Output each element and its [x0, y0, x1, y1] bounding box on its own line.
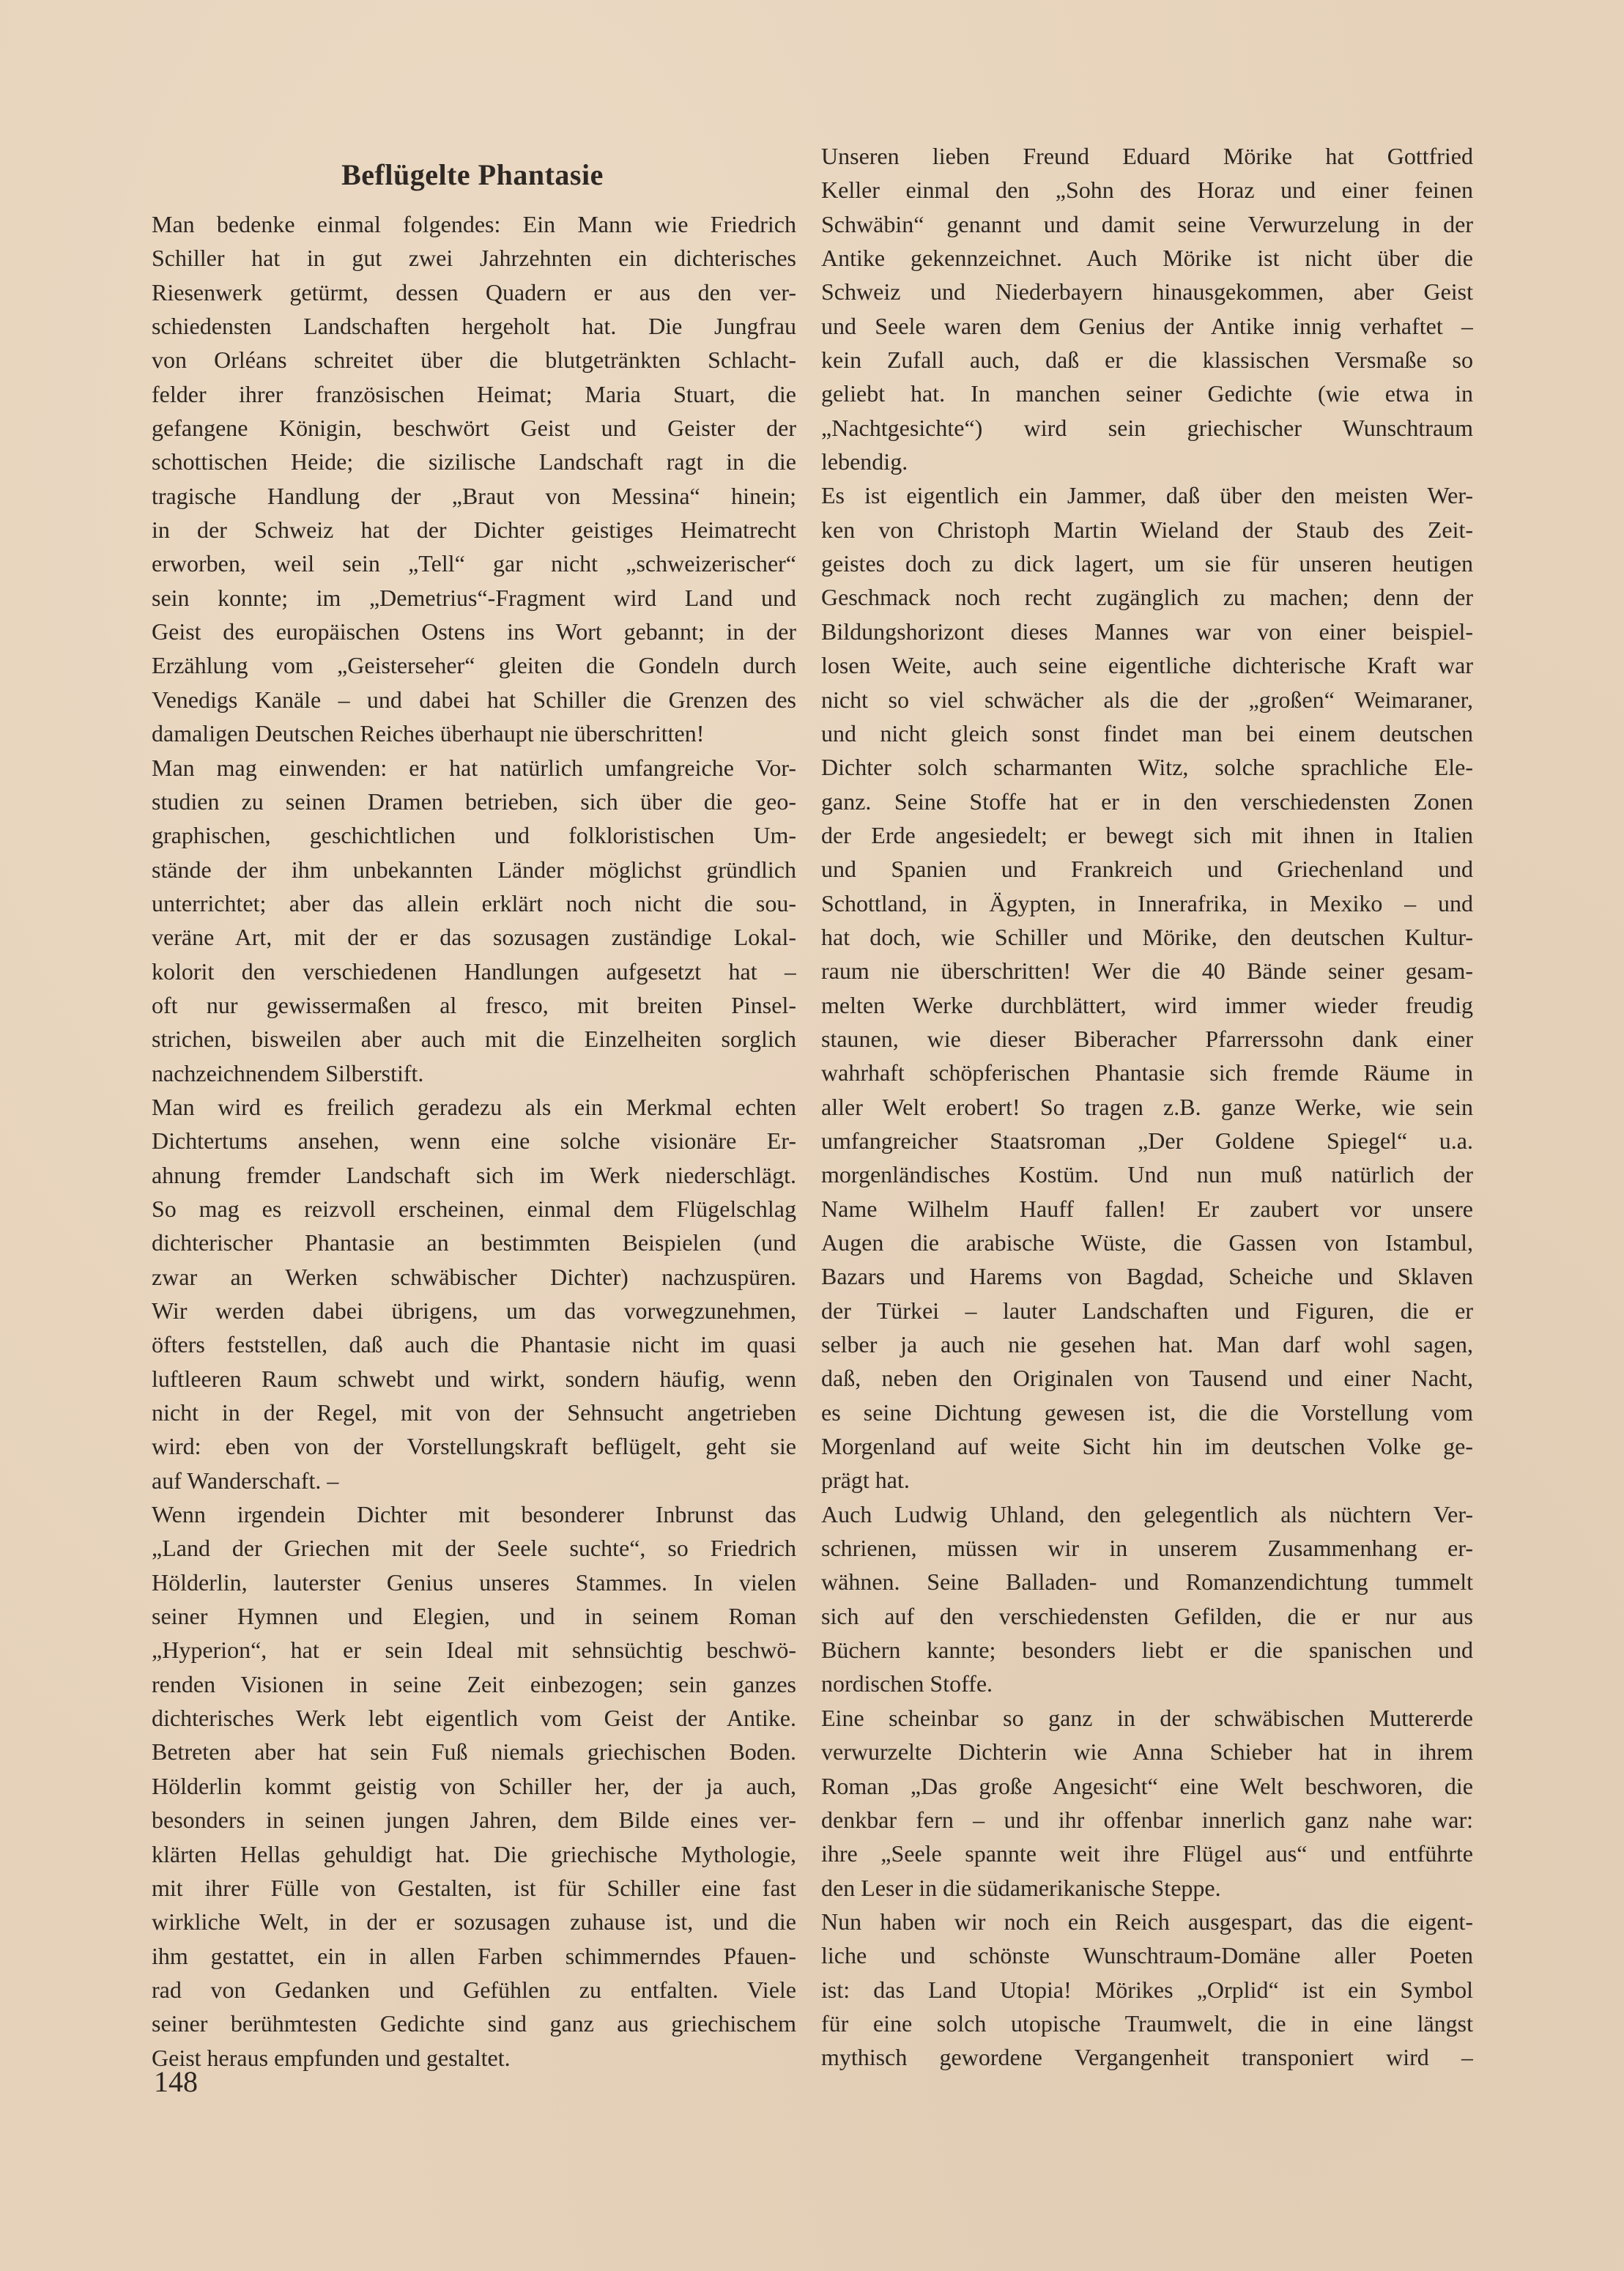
text-line: renden Visionen in seine Zeit einbezogen…	[152, 1667, 796, 1701]
text-line: damaligen Deutschen Reiches überhaupt ni…	[152, 716, 796, 750]
text-line: lebendig.	[821, 445, 1473, 478]
text-line: für eine solch utopische Traumwelt, die …	[821, 2007, 1473, 2040]
text-line: Antike gekennzeichnet. Auch Mörike ist n…	[821, 241, 1473, 275]
text-line: zwar an Werken schwäbischer Dichter) nac…	[152, 1260, 796, 1294]
text-line: Name Wilhelm Hauff fallen! Er zaubert vo…	[821, 1192, 1473, 1226]
text-line: staunen, wie dieser Biberacher Pfarrerss…	[821, 1022, 1473, 1056]
text-line: kein Zufall auch, daß er die klassischen…	[821, 343, 1473, 377]
text-line: Hölderlin kommt geistig von Schiller her…	[152, 1769, 796, 1803]
text-line: Betreten aber hat sein Fuß niemals griec…	[152, 1735, 796, 1768]
text-line: Venedigs Kanäle – und dabei hat Schiller…	[152, 683, 796, 716]
text-line: dichterisches Werk lebt eigentlich vom G…	[152, 1701, 796, 1735]
text-line: auf Wanderschaft. –	[152, 1464, 796, 1497]
text-line: luftleeren Raum schwebt und wirkt, sonde…	[152, 1362, 796, 1396]
text-line: losen Weite, auch seine eigentliche dich…	[821, 648, 1473, 682]
text-line: umfangreicher Staatsroman „Der Goldene S…	[821, 1124, 1473, 1157]
text-line: gefangene Königin, beschwört Geist und G…	[152, 411, 796, 445]
text-line: unterrichtet; aber das allein erklärt no…	[152, 886, 796, 920]
text-line: seiner Hymnen und Elegien, und in seinem…	[152, 1599, 796, 1633]
text-line: wird: eben von der Vorstellungskraft bef…	[152, 1429, 796, 1463]
text-line: graphischen, geschichtlichen und folklor…	[152, 818, 796, 852]
text-line: Auch Ludwig Uhland, den gelegentlich als…	[821, 1497, 1473, 1531]
text-line: dichterischer Phantasie an bestimmten Be…	[152, 1226, 796, 1259]
text-line: Morgenland auf weite Sicht hin im deutsc…	[821, 1429, 1473, 1463]
text-line: und Seele waren dem Genius der Antike in…	[821, 309, 1473, 343]
text-line: Keller einmal den „Sohn des Horaz und ei…	[821, 173, 1473, 207]
text-line: seiner berühmtesten Gedichte sind ganz a…	[152, 2007, 796, 2040]
text-line: nicht in der Regel, mit von der Sehnsuch…	[152, 1396, 796, 1429]
text-line: Bazars und Harems von Bagdad, Scheiche u…	[821, 1259, 1473, 1293]
text-line: nicht so viel schwächer als die der „gro…	[821, 683, 1473, 716]
text-line: der Erde angesiedelt; er bewegt sich mit…	[821, 818, 1473, 852]
text-line: Schwäbin“ genannt und damit seine Verwur…	[821, 207, 1473, 241]
text-line: Schweiz und Niederbayern hinausgekommen,…	[821, 275, 1473, 308]
text-line: wähnen. Seine Balladen- und Romanzendich…	[821, 1565, 1473, 1598]
text-line: veräne Art, mit der er das sozusagen zus…	[152, 920, 796, 954]
left-text-column: Man bedenke einmal folgendes: Ein Mann w…	[152, 207, 796, 2075]
text-line: ihre „Seele spannte weit ihre Flügel aus…	[821, 1837, 1473, 1870]
text-line: Dichter solch scharmanten Witz, solche s…	[821, 750, 1473, 784]
text-line: in der Schweiz hat der Dichter geistiges…	[152, 513, 796, 547]
text-line: schrienen, müssen wir in unserem Zusamme…	[821, 1531, 1473, 1565]
text-line: daß, neben den Originalen von Tausend un…	[821, 1361, 1473, 1395]
text-line: und nicht gleich sonst findet man bei ei…	[821, 716, 1473, 750]
text-line: liche und schönste Wunschtraum-Domäne al…	[821, 1938, 1473, 1972]
text-line: „Nachtgesichte“) wird sein griechischer …	[821, 411, 1473, 445]
text-line: ken von Christoph Martin Wieland der Sta…	[821, 513, 1473, 547]
text-line: Man mag einwenden: er hat natürlich umfa…	[152, 751, 796, 785]
text-line: Geist des europäischen Ostens ins Wort g…	[152, 615, 796, 648]
text-line: Man bedenke einmal folgendes: Ein Mann w…	[152, 207, 796, 241]
text-line: und Spanien und Frankreich und Griechenl…	[821, 852, 1473, 886]
text-line: denkbar fern – und ihr offenbar innerlic…	[821, 1803, 1473, 1837]
text-line: Nun haben wir noch ein Reich ausgespart,…	[821, 1905, 1473, 1938]
text-line: raum nie überschritten! Wer die 40 Bände…	[821, 954, 1473, 988]
text-line: es seine Dichtung gewesen ist, die die V…	[821, 1396, 1473, 1429]
text-line: von Orléans schreitet über die blutgeträ…	[152, 343, 796, 377]
text-line: Hölderlin, lauterster Genius unseres Sta…	[152, 1566, 796, 1599]
text-line: ahnung fremder Landschaft sich im Werk n…	[152, 1158, 796, 1192]
text-line: Roman „Das große Angesicht“ eine Welt be…	[821, 1769, 1473, 1803]
text-line: Schiller hat in gut zwei Jahrzehnten ein…	[152, 241, 796, 275]
text-line: selber ja auch nie gesehen hat. Man darf…	[821, 1327, 1473, 1361]
text-line: Wenn irgendein Dichter mit besonderer In…	[152, 1497, 796, 1531]
text-line: nachzeichnendem Silberstift.	[152, 1056, 796, 1090]
text-line: der Türkei – lauter Landschaften und Fig…	[821, 1294, 1473, 1327]
text-line: Erzählung vom „Geisterseher“ gleiten die…	[152, 648, 796, 682]
text-line: Wir werden dabei übrigens, um das vorweg…	[152, 1294, 796, 1327]
text-line: sich auf den verschiedensten Gefilden, d…	[821, 1599, 1473, 1633]
text-line: schottischen Heide; die sizilische Lands…	[152, 445, 796, 478]
text-line: Dichtertums ansehen, wenn eine solche vi…	[152, 1124, 796, 1157]
text-line: mythisch gewordene Vergangenheit transpo…	[821, 2040, 1473, 2074]
text-line: Geschmack noch recht zugänglich zu mache…	[821, 580, 1473, 614]
text-line: wirkliche Welt, in der er sozusagen zuha…	[152, 1905, 796, 1938]
text-line: stände der ihm unbekannten Länder möglic…	[152, 853, 796, 886]
text-line: ihm gestattet, ein in allen Farben schim…	[152, 1939, 796, 1973]
text-line: „Hyperion“, hat er sein Ideal mit sehnsü…	[152, 1633, 796, 1667]
text-line: aller Welt erobert! So tragen z.B. ganze…	[821, 1090, 1473, 1124]
text-line: geliebt hat. In manchen seiner Gedichte …	[821, 377, 1473, 410]
article-title: Beflügelte Phantasie	[150, 158, 795, 193]
text-line: morgenländisches Kostüm. Und nun muß nat…	[821, 1157, 1473, 1191]
text-line: sein konnte; im „Demetrius“-Fragment wir…	[152, 581, 796, 615]
text-line: Es ist eigentlich ein Jammer, daß über d…	[821, 478, 1473, 512]
text-line: mit ihrer Fülle von Gestalten, ist für S…	[152, 1871, 796, 1905]
text-line: „Land der Griechen mit der Seele suchte“…	[152, 1531, 796, 1565]
text-line: strichen, bisweilen aber auch mit die Ei…	[152, 1022, 796, 1056]
text-line: öfters feststellen, daß auch die Phantas…	[152, 1327, 796, 1361]
text-line: ganz. Seine Stoffe hat er in den verschi…	[821, 785, 1473, 818]
text-line: wahrhaft schöpferischen Phantasie sich f…	[821, 1056, 1473, 1089]
text-line: besonders in seinen jungen Jahren, dem B…	[152, 1803, 796, 1837]
text-line: Geist heraus empfunden und gestaltet.	[152, 2041, 796, 2075]
text-line: verwurzelte Dichterin wie Anna Schieber …	[821, 1735, 1473, 1768]
text-line: melten Werke durchblättert, wird immer w…	[821, 988, 1473, 1022]
book-page: Beflügelte Phantasie Man bedenke einmal …	[0, 0, 1624, 2271]
text-line: ist: das Land Utopia! Mörikes „Orplid“ i…	[821, 1973, 1473, 2007]
text-line: prägt hat.	[821, 1463, 1473, 1497]
text-line: felder ihrer französischen Heimat; Maria…	[152, 377, 796, 411]
text-line: Unseren lieben Freund Eduard Mörike hat …	[821, 139, 1473, 173]
right-text-column: Unseren lieben Freund Eduard Mörike hat …	[821, 139, 1473, 2075]
text-line: oft nur gewissermaßen al fresco, mit bre…	[152, 988, 796, 1022]
text-line: kolorit den verschiedenen Handlungen auf…	[152, 955, 796, 988]
text-line: So mag es reizvoll erscheinen, einmal de…	[152, 1192, 796, 1226]
text-line: geistes doch zu dick lagert, um sie für …	[821, 547, 1473, 580]
page-number: 148	[154, 2064, 198, 2100]
text-line: Eine scheinbar so ganz in der schwäbisch…	[821, 1701, 1473, 1735]
text-line: hat doch, wie Schiller und Mörike, den d…	[821, 920, 1473, 954]
text-line: rad von Gedanken und Gefühlen zu entfalt…	[152, 1973, 796, 2007]
text-line: erworben, weil sein „Tell“ gar nicht „sc…	[152, 547, 796, 580]
text-line: Bildungshorizont dieses Mannes war von e…	[821, 615, 1473, 648]
text-line: klärten Hellas gehuldigt hat. Die griech…	[152, 1837, 796, 1871]
text-line: schiedensten Landschaften hergeholt hat.…	[152, 309, 796, 343]
text-line: studien zu seinen Dramen betrieben, sich…	[152, 785, 796, 818]
text-line: Riesenwerk getürmt, dessen Quadern er au…	[152, 275, 796, 309]
text-line: Augen die arabische Wüste, die Gassen vo…	[821, 1226, 1473, 1259]
text-line: Man wird es freilich geradezu als ein Me…	[152, 1090, 796, 1124]
text-line: Büchern kannte; besonders liebt er die s…	[821, 1633, 1473, 1667]
text-line: tragische Handlung der „Braut von Messin…	[152, 479, 796, 513]
text-line: nordischen Stoffe.	[821, 1667, 1473, 1700]
text-line: den Leser in die südamerikanische Steppe…	[821, 1871, 1473, 1905]
text-line: Schottland, in Ägypten, in Innerafrika, …	[821, 886, 1473, 920]
